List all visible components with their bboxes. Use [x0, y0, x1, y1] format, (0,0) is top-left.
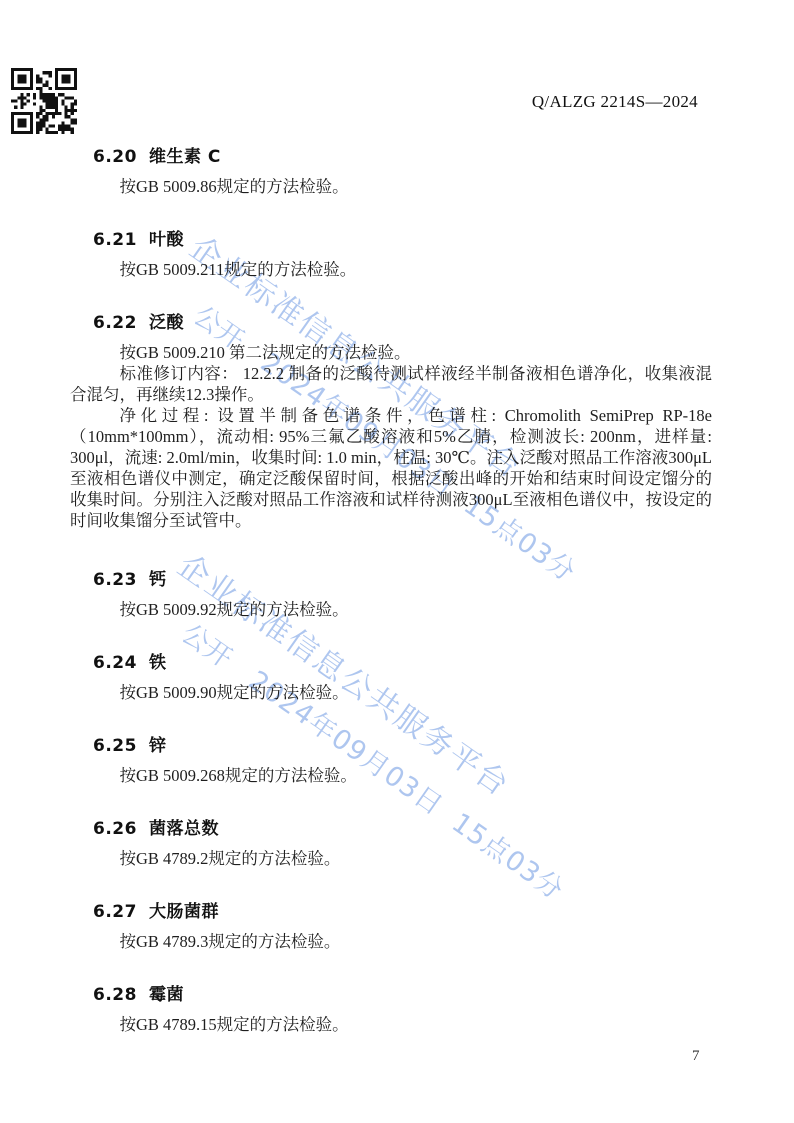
section-number: 6.28: [93, 985, 137, 1005]
section-title: 叶酸: [149, 230, 184, 250]
document-page: 企业标准信息公共服务平台 公开2024年09月03日 15点03分 企业标准信息…: [0, 0, 794, 1123]
section-paragraph: 按GB 5009.210 第二法规定的方法检验。: [70, 342, 712, 363]
section-number: 6.25: [93, 736, 137, 756]
section-title: 维生素 C: [149, 147, 221, 167]
section-6-27: 6.27大肠菌群 按GB 4789.3规定的方法检验。: [70, 901, 712, 952]
section-6-25: 6.25锌 按GB 5009.268规定的方法检验。: [70, 735, 712, 786]
section-title: 霉菌: [149, 985, 184, 1005]
section-6-23: 6.23钙 按GB 5009.92规定的方法检验。: [70, 569, 712, 620]
section-title: 大肠菌群: [149, 902, 219, 922]
section-paragraph: 标准修订内容： 12.2.2 制备的泛酸待测试样液经半制备液相色谱净化，收集液混…: [70, 363, 712, 405]
section-paragraph: 按GB 5009.211规定的方法检验。: [70, 259, 712, 280]
section-heading: 6.21叶酸: [93, 229, 712, 251]
section-heading: 6.22泛酸: [93, 312, 712, 334]
section-paragraph: 按GB 4789.2规定的方法检验。: [70, 848, 712, 869]
section-heading: 6.26菌落总数: [93, 818, 712, 840]
section-paragraph: 按GB 5009.86规定的方法检验。: [70, 176, 712, 197]
section-heading: 6.23钙: [93, 569, 712, 591]
content: 6.20维生素 C 按GB 5009.86规定的方法检验。 6.21叶酸 按GB…: [70, 146, 712, 1067]
section-paragraph: 净化过程: 设置半制备色谱条件，色谱柱: Chromolith SemiPrep…: [70, 405, 712, 531]
section-paragraph: 按GB 5009.92规定的方法检验。: [70, 599, 712, 620]
page-number: 7: [692, 1048, 700, 1065]
section-title: 泛酸: [149, 313, 184, 333]
section-number: 6.20: [93, 147, 137, 167]
section-paragraph: 按GB 4789.15规定的方法检验。: [70, 1014, 712, 1035]
section-paragraph: 按GB 4789.3规定的方法检验。: [70, 931, 712, 952]
section-heading: 6.25锌: [93, 735, 712, 757]
section-6-20: 6.20维生素 C 按GB 5009.86规定的方法检验。: [70, 146, 712, 197]
doc-number: Q/ALZG 2214S—2024: [532, 92, 698, 112]
section-title: 锌: [149, 736, 167, 756]
section-title: 菌落总数: [149, 819, 219, 839]
section-paragraph: 按GB 5009.90规定的方法检验。: [70, 682, 712, 703]
section-6-24: 6.24铁 按GB 5009.90规定的方法检验。: [70, 652, 712, 703]
section-6-21: 6.21叶酸 按GB 5009.211规定的方法检验。: [70, 229, 712, 280]
section-heading: 6.24铁: [93, 652, 712, 674]
section-number: 6.23: [93, 570, 137, 590]
section-6-22: 6.22泛酸 按GB 5009.210 第二法规定的方法检验。 标准修订内容： …: [70, 312, 712, 531]
section-heading: 6.20维生素 C: [93, 146, 712, 168]
section-6-26: 6.26菌落总数 按GB 4789.2规定的方法检验。: [70, 818, 712, 869]
section-heading: 6.28霉菌: [93, 984, 712, 1006]
section-number: 6.22: [93, 313, 137, 333]
section-heading: 6.27大肠菌群: [93, 901, 712, 923]
section-number: 6.21: [93, 230, 137, 250]
section-title: 钙: [149, 570, 167, 590]
section-number: 6.24: [93, 653, 137, 673]
section-6-28: 6.28霉菌 按GB 4789.15规定的方法检验。: [70, 984, 712, 1035]
section-paragraph: 按GB 5009.268规定的方法检验。: [70, 765, 712, 786]
section-number: 6.26: [93, 819, 137, 839]
section-number: 6.27: [93, 902, 137, 922]
qr-code: [10, 68, 78, 134]
section-title: 铁: [149, 653, 167, 673]
